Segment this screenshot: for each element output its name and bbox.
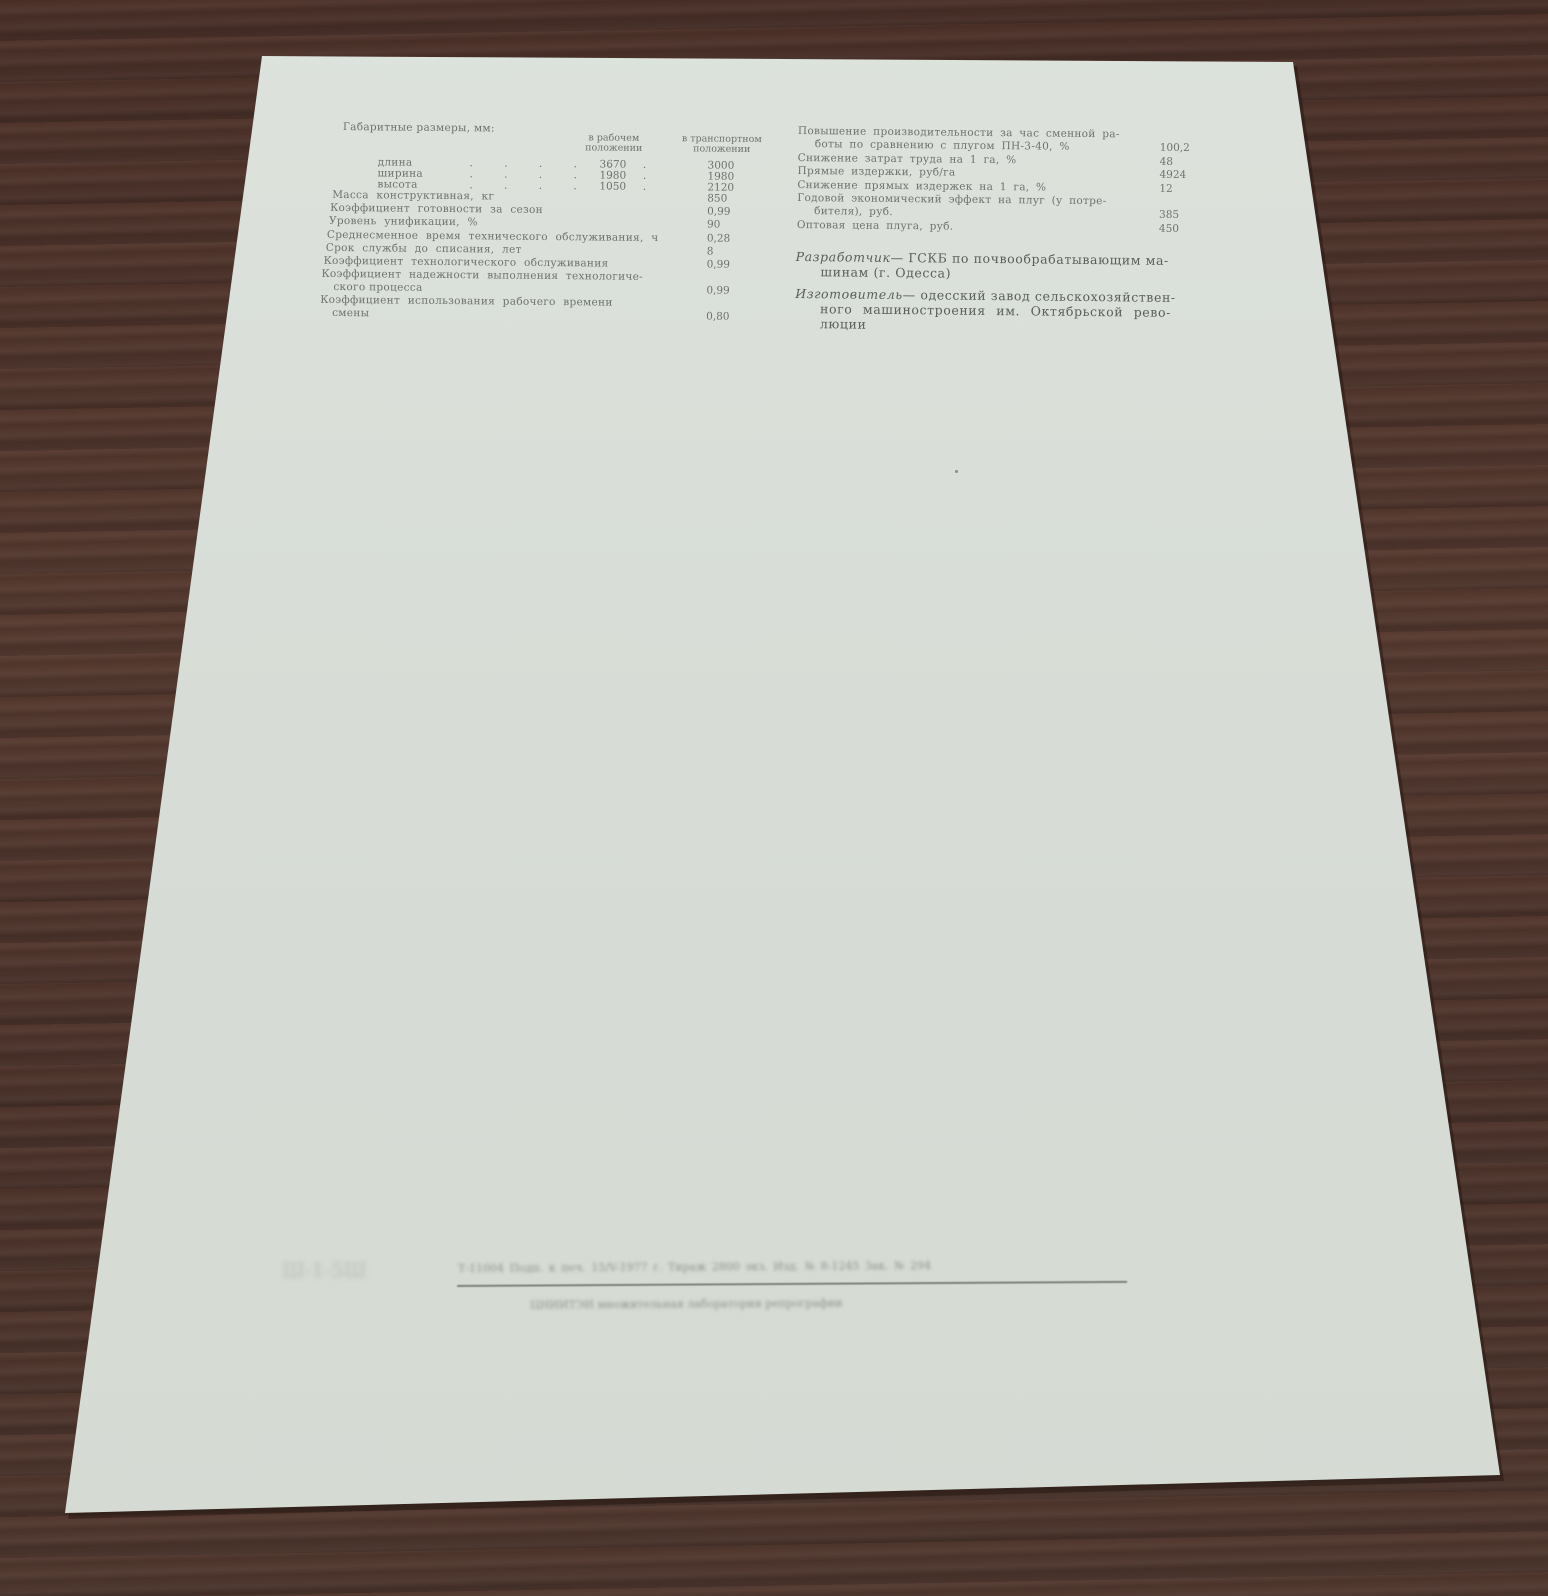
manufacturer-block: Изготовитель— одесский завод сельскохозя… bbox=[1, 0, 1548, 8]
right-spec-rows: Повышение производительности за час смен… bbox=[1, 0, 1548, 8]
paper-sheet: Габаритные размеры, мм: в рабочем положе… bbox=[0, 0, 1548, 1596]
imprint-footer: Т-11004 Подп. к печ. 15/V-1977 г. Тираж … bbox=[0, 0, 1548, 1596]
left-spec-rows: Масса конструктивная, кг850Коэффициент г… bbox=[1, 0, 1548, 12]
developer-block: Разработчик— ГСКБ по почвообрабатывающим… bbox=[1, 0, 1548, 8]
dimension-rows: длина . . . . . . 3670 3000ширина . . . … bbox=[1, 0, 1548, 12]
imprint-line: Т-11004 Подп. к печ. 15/V-1977 г. Тираж … bbox=[458, 1259, 931, 1275]
footer-rule bbox=[457, 1281, 1127, 1287]
printer-line: ЦНИИТЭИ множительная лаборатория репрогр… bbox=[530, 1297, 842, 1312]
